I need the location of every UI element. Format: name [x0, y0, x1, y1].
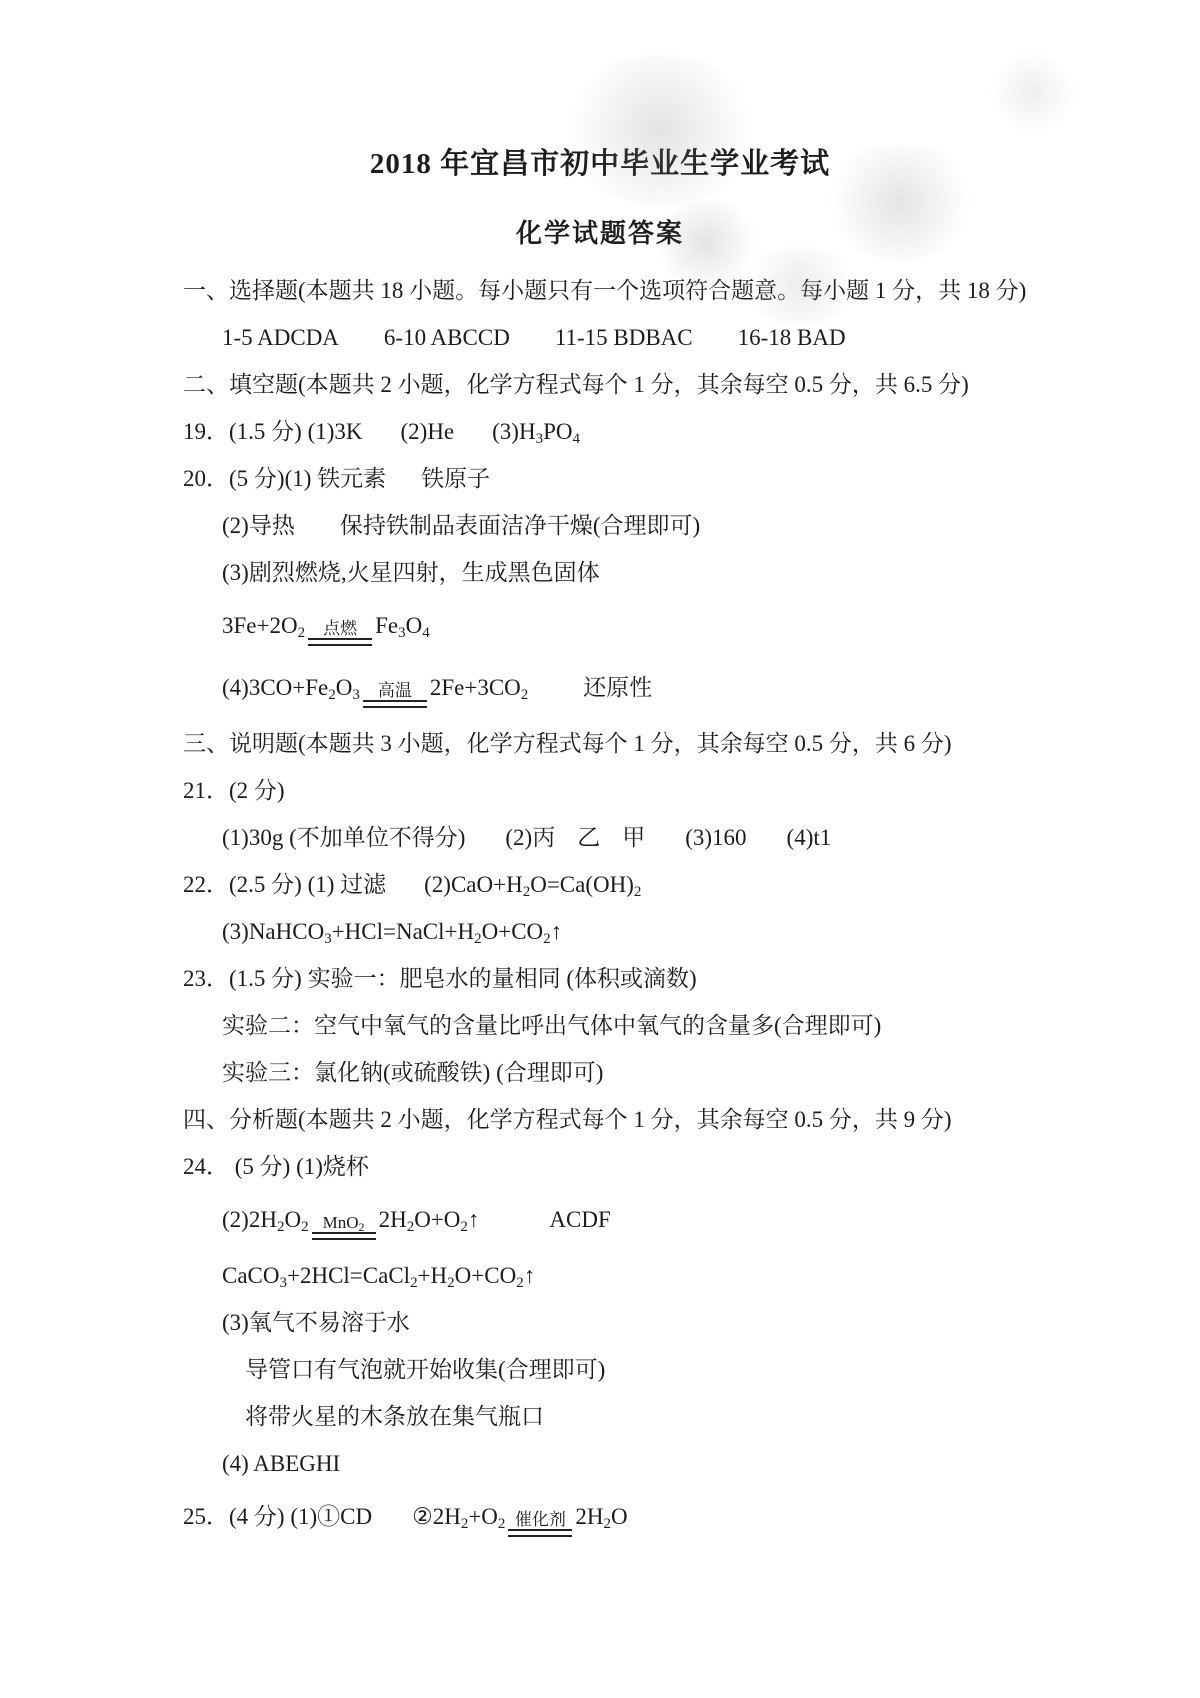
- double-bond-equals-bar: [508, 1529, 572, 1537]
- q21-score: 21．(2 分): [0, 775, 285, 807]
- spacer: [510, 344, 555, 345]
- q24-answer-3c: 将带火星的木条放在集气瓶口: [0, 1401, 544, 1433]
- spacer: [528, 694, 583, 695]
- subscript: 2: [410, 1275, 418, 1291]
- spacer: [555, 844, 577, 845]
- reaction-condition-label: 点燃: [323, 619, 357, 638]
- subscript: 3: [536, 431, 544, 447]
- q24-answer-4: (4) ABEGHI: [0, 1448, 340, 1480]
- document-title: 2018 年宜昌市初中毕业生学业考试: [0, 146, 1200, 182]
- subscript: 2: [634, 884, 642, 900]
- spacer: [645, 844, 685, 845]
- q23-experiment-2: 实验二：空气中氧气的含量比呼出气体中氧气的含量多(合理即可): [0, 1010, 881, 1042]
- subscript: 2: [328, 687, 336, 703]
- subscript: 3: [324, 931, 332, 947]
- section-choice-header: 一、选择题(本题共 18 小题。每小题只有一个选项符合题意。每小题 1 分，共 …: [0, 275, 1026, 307]
- choice-answers-row: 1-5 ADCDA6-10 ABCCD11-15 BDBAC16-18 BAD: [0, 322, 846, 354]
- spacer: [454, 438, 492, 439]
- section-analyze-header: 四、分析题(本题共 2 小题，化学方程式每个 1 分，其余每空 0.5 分，共 …: [0, 1104, 952, 1136]
- exam-answer-sheet-page: 2018 年宜昌市初中毕业生学业考试 化学试题答案 一、选择题(本题共 18 小…: [0, 0, 1200, 1698]
- reaction-condition: MnO2: [312, 1213, 376, 1240]
- double-bond-equals-bar: [363, 700, 427, 708]
- subscript: 2: [604, 1516, 612, 1532]
- subscript: 3: [352, 687, 360, 703]
- q20-answer-2: (2)导热保持铁制品表面洁净干燥(合理即可): [0, 510, 700, 542]
- q24-answer-1: 24． (5 分) (1)烧杯: [0, 1151, 369, 1183]
- subscript: 2: [523, 884, 531, 900]
- double-bond-equals-bar: [312, 1232, 376, 1240]
- subscript: 2: [407, 1219, 415, 1235]
- spacer: [363, 438, 401, 439]
- q19-answer: 19．(1.5 分) (1)3K(2)He(3)H3PO4: [0, 416, 580, 448]
- subscript: 2: [301, 1219, 309, 1235]
- spacer: [600, 844, 622, 845]
- q23-experiment-3: 实验三：氯化钠(或硫酸铁) (合理即可): [0, 1057, 603, 1089]
- spacer: [465, 844, 505, 845]
- subscript: 2: [298, 625, 306, 641]
- subscript: 2: [474, 931, 482, 947]
- q24-answer-2-equation-caco3: CaCO3+2HCl=CaCl2+H2O+CO2↑: [0, 1260, 535, 1292]
- subscript: 2: [461, 1516, 469, 1532]
- subscript: 2: [521, 687, 529, 703]
- subscript: 2: [516, 1275, 524, 1291]
- section-fill-header: 二、填空题(本题共 2 小题，化学方程式每个 1 分，其余每空 0.5 分，共 …: [0, 369, 969, 401]
- spacer: [372, 1523, 412, 1524]
- spacer: [295, 532, 340, 533]
- reaction-condition-label: 高温: [378, 681, 412, 700]
- spacer: [386, 891, 424, 892]
- reaction-condition-label: MnO2: [323, 1213, 365, 1232]
- document-header: 2018 年宜昌市初中毕业生学业考试 化学试题答案: [0, 0, 1200, 250]
- subscript: 2: [498, 1516, 506, 1532]
- spacer: [386, 485, 421, 486]
- q20-answer-4-equation: (4)3CO+Fe2O3高温2Fe+3CO2还原性: [0, 672, 652, 708]
- q22-answer-3-equation: (3)NaHCO3+HCl=NaCl+H2O+CO2↑: [0, 916, 562, 948]
- q20-answer-3: (3)剧烈燃烧,火星四射，生成黑色固体: [0, 557, 600, 589]
- spacer: [693, 344, 738, 345]
- reaction-condition-label: 催化剂: [515, 1510, 566, 1529]
- q25-answers: 25．(4 分) (1)①CD②2H2+O2催化剂2H2O: [0, 1501, 628, 1537]
- reaction-condition: 催化剂: [508, 1510, 572, 1537]
- subscript: 2: [543, 931, 551, 947]
- q22-answers-1-2: 22．(2.5 分) (1) 过滤(2)CaO+H2O=Ca(OH)2: [0, 869, 641, 901]
- subscript: 2: [447, 1275, 455, 1291]
- q20-equation-iron-burning: 3Fe+2O2点燃Fe3O4: [0, 610, 430, 646]
- subscript: 4: [422, 625, 430, 641]
- q21-answers: (1)30g (不加单位不得分)(2)丙乙甲(3)160(4)t1: [0, 822, 831, 854]
- reaction-condition: 高温: [363, 681, 427, 708]
- spacer: [479, 1226, 549, 1227]
- double-bond-equals-bar: [308, 638, 372, 646]
- reaction-condition: 点燃: [308, 619, 372, 646]
- q24-answer-3b: 导管口有气泡就开始收集(合理即可): [0, 1354, 605, 1386]
- q24-answer-2-equation-h2o2: (2)2H2O2MnO22H2O+O2↑ACDF: [0, 1204, 611, 1240]
- subscript: 2: [460, 1219, 468, 1235]
- document-subtitle: 化学试题答案: [0, 218, 1200, 250]
- subscript: 4: [572, 431, 580, 447]
- subscript: 2: [277, 1219, 285, 1235]
- section-explain-header: 三、说明题(本题共 3 小题，化学方程式每个 1 分，其余每空 0.5 分，共 …: [0, 728, 952, 760]
- spacer: [339, 344, 384, 345]
- subscript: 3: [398, 625, 406, 641]
- q23-experiment-1: 23．(1.5 分) 实验一：肥皂水的量相同 (体积或滴数): [0, 963, 697, 995]
- subscript: 3: [280, 1275, 288, 1291]
- q24-answer-3a: (3)氧气不易溶于水: [0, 1307, 410, 1339]
- answer-lines: 一、选择题(本题共 18 小题。每小题只有一个选项符合题意。每小题 1 分，共 …: [0, 275, 1200, 1557]
- q20-answer-1: 20．(5 分)(1) 铁元素铁原子: [0, 463, 490, 495]
- spacer: [747, 844, 787, 845]
